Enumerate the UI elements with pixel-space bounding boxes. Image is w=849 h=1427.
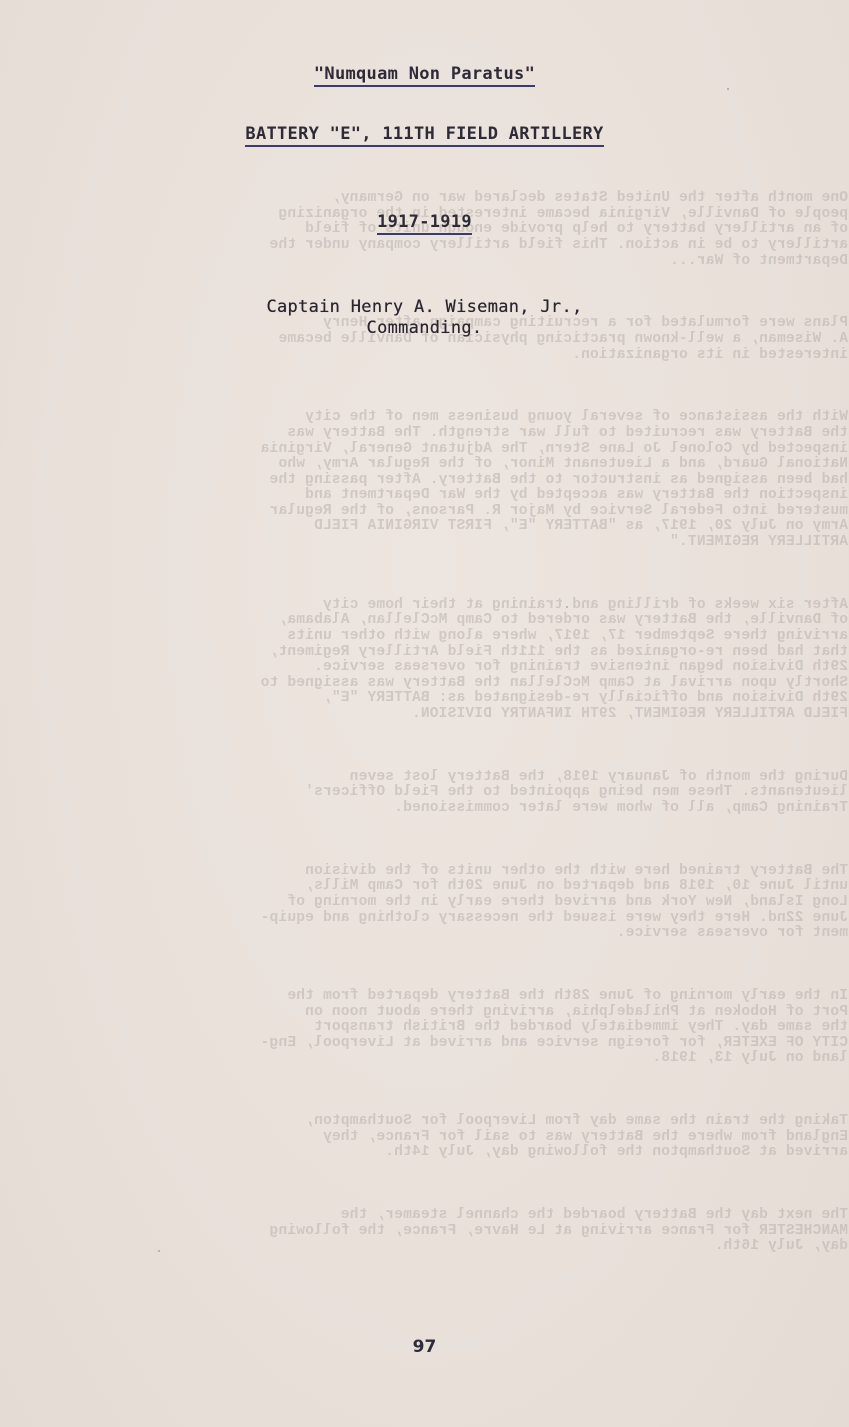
bleed-paragraph: After six weeks of drilling and training…	[228, 598, 848, 723]
unit-title-text: BATTERY "E", 111TH FIELD ARTILLERY	[245, 124, 603, 147]
years-heading: 1917-1919	[0, 212, 849, 235]
document-page: One month after the United States declar…	[0, 0, 849, 1427]
bleed-paragraph: During the month of January 1918, the Ba…	[228, 770, 848, 817]
bleed-paragraph: The next day the Battery boarded the cha…	[228, 1208, 848, 1255]
commander-block: Captain Henry A. Wiseman, Jr., Commandin…	[0, 297, 849, 339]
bleed-paragraph: The Battery trained here with the other …	[228, 864, 848, 942]
bleed-paragraph: With the assistance of several young bus…	[228, 410, 848, 550]
commander-name: Captain Henry A. Wiseman, Jr.,	[266, 297, 582, 317]
commander-role: Commanding.	[0, 318, 849, 339]
bleed-paragraph: In the early morning of June 28th the Ba…	[228, 989, 848, 1067]
page-number: 97	[0, 1337, 849, 1357]
paper-speck	[566, 606, 568, 608]
motto-heading: "Numquam Non Paratus"	[0, 64, 849, 87]
paper-speck	[727, 88, 729, 90]
unit-title: BATTERY "E", 111TH FIELD ARTILLERY	[0, 124, 849, 147]
motto-text: "Numquam Non Paratus"	[314, 64, 535, 87]
years-text: 1917-1919	[377, 212, 472, 235]
bleed-paragraph: Taking the train the same day from Liver…	[228, 1114, 848, 1161]
paper-speck	[158, 1250, 160, 1252]
